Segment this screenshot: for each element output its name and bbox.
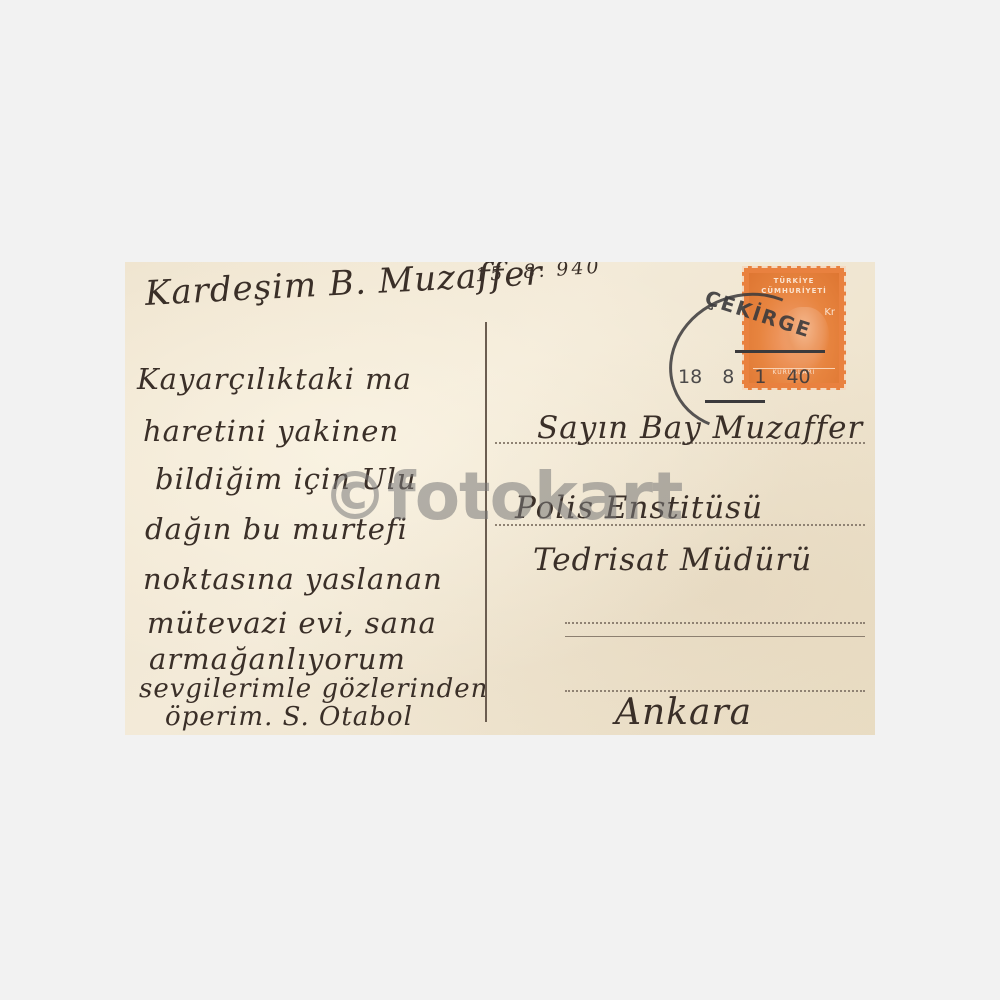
watermark: ©fotokart <box>322 458 682 535</box>
address-rule <box>565 636 865 637</box>
postmark-date: 18 8 1 40 <box>678 366 811 388</box>
address-rule <box>565 622 865 624</box>
address-city: Ankara <box>615 692 752 733</box>
stamp-country-line1: TÜRKİYE <box>749 277 839 285</box>
message-line: sevgilerimle gözlerinden <box>139 674 488 704</box>
postmark-bar <box>705 400 765 403</box>
message-line: mütevazi evi, sana <box>147 606 437 640</box>
signature-line: öperim. S. Otabol <box>165 702 413 732</box>
message-line: Kayarçılıktaki ma <box>137 362 412 396</box>
stamp-value: Kr <box>824 307 835 318</box>
postmark-bar <box>735 350 825 353</box>
message-line: armağanlıyorum <box>149 642 406 676</box>
address-line-3: Tedrisat Müdürü <box>533 542 812 578</box>
message-line: noktasına yaslanan <box>143 562 443 596</box>
message-line: haretini yakinen <box>143 414 399 448</box>
